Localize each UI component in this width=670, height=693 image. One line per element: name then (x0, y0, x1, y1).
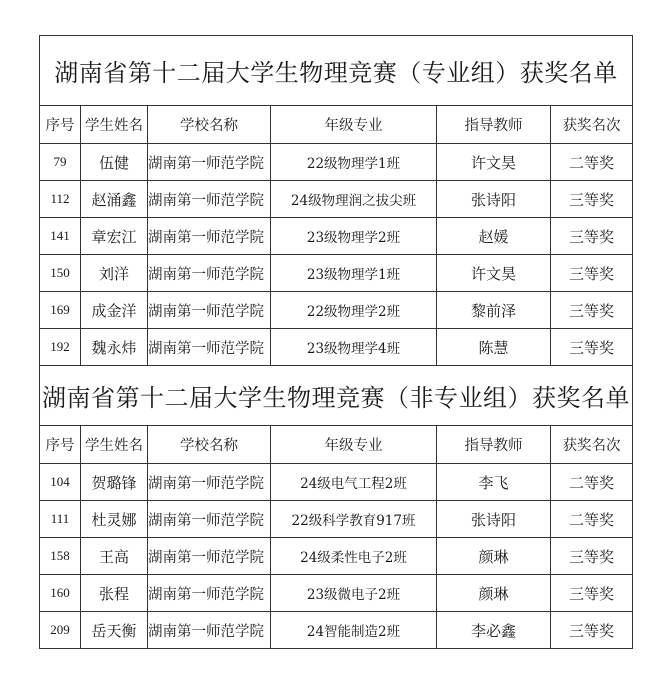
table-row: 192 魏永炜 湖南第一师范学院 23级物理学4班 陈慧 三等奖 (40, 329, 633, 366)
cell-teacher: 李飞 (437, 464, 551, 501)
table-row: 112 赵涌鑫 湖南第一师范学院 24级物理润之拔尖班 张诗阳 三等奖 (40, 181, 633, 218)
cell-school: 湖南第一师范学院 (148, 329, 271, 366)
col-header-major: 年级专业 (271, 426, 437, 464)
cell-major: 23级物理学4班 (271, 329, 437, 366)
cell-name: 刘洋 (81, 255, 148, 292)
cell-award: 二等奖 (551, 501, 633, 538)
table-row: 111 杜灵娜 湖南第一师范学院 22级科学教育917班 张诗阳 二等奖 (40, 501, 633, 538)
col-header-teacher: 指导教师 (437, 426, 551, 464)
col-header-school: 学校名称 (148, 106, 271, 144)
cell-name: 岳天衡 (81, 612, 148, 649)
cell-school: 湖南第一师范学院 (148, 292, 271, 329)
cell-award: 三等奖 (551, 218, 633, 255)
cell-no: 209 (40, 612, 81, 649)
cell-award: 三等奖 (551, 329, 633, 366)
cell-name: 魏永炜 (81, 329, 148, 366)
cell-no: 158 (40, 538, 81, 575)
table-row: 160 张程 湖南第一师范学院 23级微电子2班 颜琳 三等奖 (40, 575, 633, 612)
cell-no: 111 (40, 501, 81, 538)
cell-no: 112 (40, 181, 81, 218)
table-row: 104 贺璐锋 湖南第一师范学院 24级电气工程2班 李飞 二等奖 (40, 464, 633, 501)
cell-school: 湖南第一师范学院 (148, 538, 271, 575)
cell-no: 192 (40, 329, 81, 366)
table-row: 150 刘洋 湖南第一师范学院 23级物理学1班 许文昊 三等奖 (40, 255, 633, 292)
cell-name: 伍健 (81, 144, 148, 181)
cell-teacher: 李必鑫 (437, 612, 551, 649)
cell-school: 湖南第一师范学院 (148, 501, 271, 538)
section-title-row: 湖南省第十二届大学生物理竞赛（专业组）获奖名单 (40, 36, 633, 106)
cell-teacher: 张诗阳 (437, 501, 551, 538)
cell-no: 141 (40, 218, 81, 255)
cell-teacher: 颜琳 (437, 538, 551, 575)
cell-name: 杜灵娜 (81, 501, 148, 538)
cell-major: 23级物理学1班 (271, 255, 437, 292)
cell-no: 160 (40, 575, 81, 612)
cell-award: 三等奖 (551, 292, 633, 329)
cell-teacher: 许文昊 (437, 255, 551, 292)
col-header-major: 年级专业 (271, 106, 437, 144)
cell-school: 湖南第一师范学院 (148, 181, 271, 218)
cell-major: 24智能制造2班 (271, 612, 437, 649)
cell-school: 湖南第一师范学院 (148, 218, 271, 255)
cell-award: 三等奖 (551, 181, 633, 218)
cell-no: 79 (40, 144, 81, 181)
cell-teacher: 许文昊 (437, 144, 551, 181)
cell-award: 三等奖 (551, 538, 633, 575)
cell-award: 三等奖 (551, 255, 633, 292)
col-header-no: 序号 (40, 106, 81, 144)
cell-teacher: 黎前泽 (437, 292, 551, 329)
table-row: 79 伍健 湖南第一师范学院 22级物理学1班 许文昊 二等奖 (40, 144, 633, 181)
section-title-row: 湖南省第十二届大学生物理竞赛（非专业组）获奖名单 (40, 366, 633, 426)
cell-school: 湖南第一师范学院 (148, 144, 271, 181)
cell-name: 赵涌鑫 (81, 181, 148, 218)
section-title-non-professional: 湖南省第十二届大学生物理竞赛（非专业组）获奖名单 (40, 366, 633, 426)
header-row: 序号 学生姓名 学校名称 年级专业 指导教师 获奖名次 (40, 106, 633, 144)
cell-award: 三等奖 (551, 612, 633, 649)
cell-no: 104 (40, 464, 81, 501)
award-table: 湖南省第十二届大学生物理竞赛（专业组）获奖名单 序号 学生姓名 学校名称 年级专… (39, 35, 633, 649)
cell-award: 二等奖 (551, 464, 633, 501)
cell-major: 22级物理学2班 (271, 292, 437, 329)
cell-teacher: 赵媛 (437, 218, 551, 255)
cell-name: 成金洋 (81, 292, 148, 329)
cell-teacher: 颜琳 (437, 575, 551, 612)
table-row: 209 岳天衡 湖南第一师范学院 24智能制造2班 李必鑫 三等奖 (40, 612, 633, 649)
col-header-no: 序号 (40, 426, 81, 464)
cell-name: 贺璐锋 (81, 464, 148, 501)
table-row: 141 章宏江 湖南第一师范学院 23级物理学2班 赵媛 三等奖 (40, 218, 633, 255)
cell-school: 湖南第一师范学院 (148, 575, 271, 612)
cell-name: 张程 (81, 575, 148, 612)
cell-school: 湖南第一师范学院 (148, 255, 271, 292)
table-row: 169 成金洋 湖南第一师范学院 22级物理学2班 黎前泽 三等奖 (40, 292, 633, 329)
cell-major: 22级科学教育917班 (271, 501, 437, 538)
cell-major: 24级柔性电子2班 (271, 538, 437, 575)
cell-award: 三等奖 (551, 575, 633, 612)
col-header-award: 获奖名次 (551, 106, 633, 144)
cell-name: 章宏江 (81, 218, 148, 255)
cell-no: 150 (40, 255, 81, 292)
cell-teacher: 陈慧 (437, 329, 551, 366)
cell-no: 169 (40, 292, 81, 329)
table-row: 158 王高 湖南第一师范学院 24级柔性电子2班 颜琳 三等奖 (40, 538, 633, 575)
cell-major: 24级物理润之拔尖班 (271, 181, 437, 218)
header-row: 序号 学生姓名 学校名称 年级专业 指导教师 获奖名次 (40, 426, 633, 464)
award-list-sheet: 湖南省第十二届大学生物理竞赛（专业组）获奖名单 序号 学生姓名 学校名称 年级专… (39, 35, 632, 649)
cell-teacher: 张诗阳 (437, 181, 551, 218)
cell-major: 23级微电子2班 (271, 575, 437, 612)
col-header-award: 获奖名次 (551, 426, 633, 464)
col-header-teacher: 指导教师 (437, 106, 551, 144)
cell-school: 湖南第一师范学院 (148, 612, 271, 649)
col-header-school: 学校名称 (148, 426, 271, 464)
cell-school: 湖南第一师范学院 (148, 464, 271, 501)
col-header-name: 学生姓名 (81, 426, 148, 464)
section-title-professional: 湖南省第十二届大学生物理竞赛（专业组）获奖名单 (40, 36, 633, 106)
cell-name: 王高 (81, 538, 148, 575)
cell-award: 二等奖 (551, 144, 633, 181)
cell-major: 23级物理学2班 (271, 218, 437, 255)
col-header-name: 学生姓名 (81, 106, 148, 144)
cell-major: 22级物理学1班 (271, 144, 437, 181)
cell-major: 24级电气工程2班 (271, 464, 437, 501)
